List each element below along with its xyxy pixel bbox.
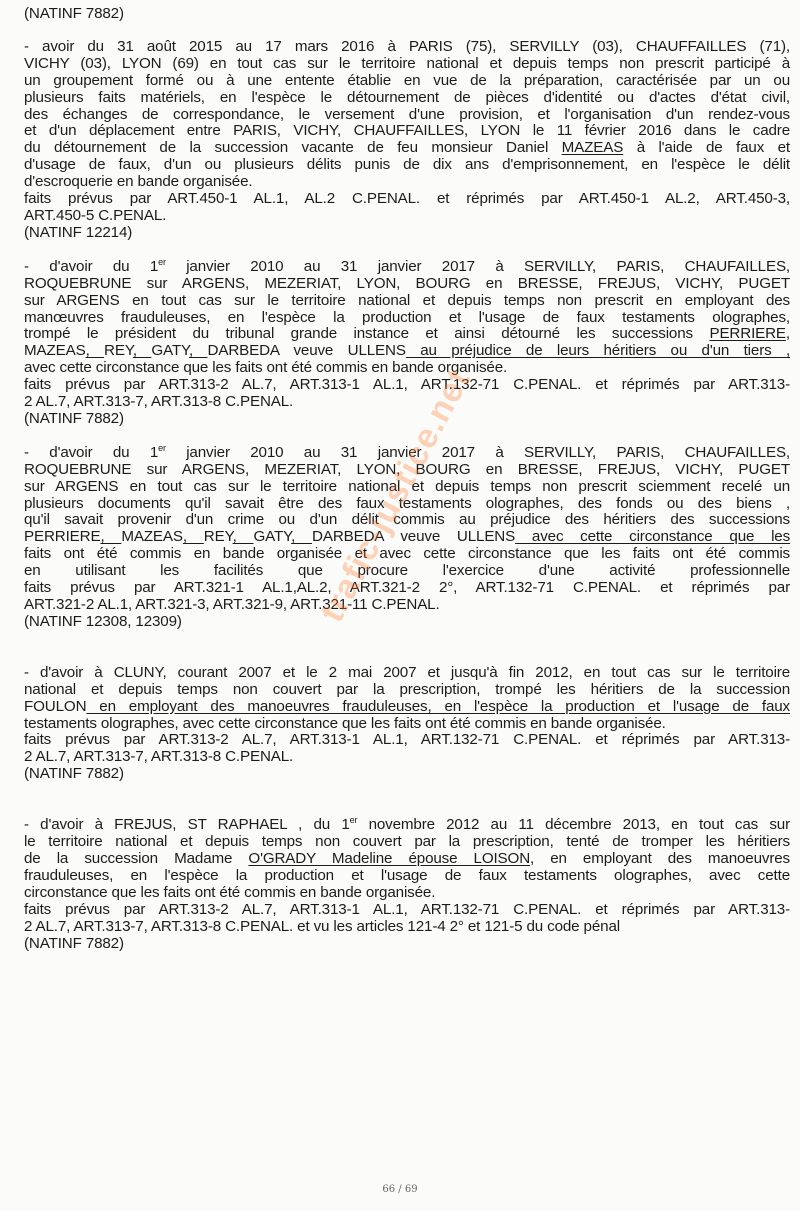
text-segment: qu'il savait provenir d'un crime ou d'un… xyxy=(24,511,790,528)
text-segment: ROQUEBRUNE sur ARGENS, MEZERIAT, LYON, B… xyxy=(24,461,790,478)
text-line: frauduleuses, en l'espèce la production … xyxy=(24,868,790,885)
text-line: PERRIERE, MAZEAS, REY, GATY, DARBEDA veu… xyxy=(24,529,790,546)
text-segment: ROQUEBRUNE sur ARGENS, MEZERIAT, LYON, B… xyxy=(24,275,790,292)
natinf-reference: (NATINF 12214) xyxy=(24,225,790,242)
text-segment: du détournement de la succession vacante… xyxy=(24,139,562,156)
text-segment: un groupement formé ou à une entente éta… xyxy=(24,72,790,89)
underlined-name: PERRIERE xyxy=(709,325,785,342)
text-line: ART.450-5 C.PENAL. xyxy=(24,208,790,225)
text-segment: GATY xyxy=(253,528,291,545)
text-segment: ART.450-5 C.PENAL. xyxy=(24,207,166,224)
text-segment: plusieurs faits matériels, en l'espèce l… xyxy=(24,89,790,106)
text-segment: - d'avoir du 1er janvier 2010 au 31 janv… xyxy=(24,258,790,275)
text-segment: à l'aide de faux et xyxy=(623,139,790,156)
charge-paragraph: - d'avoir à CLUNY, courant 2007 et le 2 … xyxy=(24,665,790,783)
text-segment: avec cette circonstance que les faits on… xyxy=(24,359,507,376)
natinf-reference: (NATINF 7882) xyxy=(24,6,790,23)
text-segment: trompé le président du tribunal grande i… xyxy=(24,325,709,342)
text-line: des échanges de correspondance, le verse… xyxy=(24,107,790,124)
text-line: plusieurs faits matériels, en l'espèce l… xyxy=(24,90,790,107)
underlined-name: , xyxy=(86,342,104,359)
text-line: testaments olographes, avec cette circon… xyxy=(24,716,790,733)
text-segment: VICHY (03), LYON (69) en tout cas sur le… xyxy=(24,55,790,72)
text-line: de la succession Madame O'GRADY Madeline… xyxy=(24,851,790,868)
text-segment: MAZEAS xyxy=(24,342,86,359)
text-segment: - d'avoir à FREJUS, ST RAPHAEL , du 1er … xyxy=(24,816,790,833)
text-segment: DARBEDA veuve ULLENS xyxy=(208,342,406,359)
text-line: qu'il savait provenir d'un crime ou d'un… xyxy=(24,512,790,529)
text-segment: ART.321-2 AL.1, ART.321-3, ART.321-9, AR… xyxy=(24,596,440,613)
document-page: (NATINF 7882) - avoir du 31 août 2015 au… xyxy=(24,6,790,952)
text-line: faits ont été commis en bande organisée … xyxy=(24,546,790,563)
text-segment: REY xyxy=(204,528,233,545)
text-segment: 2 AL.7, ART.313-7, ART.313-8 C.PENAL. et… xyxy=(24,918,620,935)
text-line: manœuvres frauduleuses, en l'espèce la p… xyxy=(24,310,790,327)
text-line: faits prévus par ART.313-2 AL.7, ART.313… xyxy=(24,732,790,749)
text-line: plusieurs documents qu'il savait être de… xyxy=(24,496,790,513)
text-line: avec cette circonstance que les faits on… xyxy=(24,360,790,377)
text-segment: de la succession Madame xyxy=(24,850,248,867)
text-segment: circonstance que les faits ont été commi… xyxy=(24,884,435,901)
text-segment: 2 AL.7, ART.313-7, ART.313-8 C.PENAL. xyxy=(24,748,293,765)
text-segment: - d'avoir à CLUNY, courant 2007 et le 2 … xyxy=(24,664,790,681)
underlined-name: en employant des manoeuvres frauduleuses… xyxy=(86,698,790,715)
text-segment: faits prévus par ART.313-2 AL.7, ART.313… xyxy=(24,376,790,393)
text-line: - avoir du 31 août 2015 au 17 mars 2016 … xyxy=(24,39,790,56)
text-line: ART.321-2 AL.1, ART.321-3, ART.321-9, AR… xyxy=(24,597,790,614)
text-line: du détournement de la succession vacante… xyxy=(24,140,790,157)
text-segment: , xyxy=(786,325,790,342)
text-line: - d'avoir du 1er janvier 2010 au 31 janv… xyxy=(24,445,790,462)
text-line: 2 AL.7, ART.313-7, ART.313-8 C.PENAL. xyxy=(24,394,790,411)
text-segment: PERRIERE xyxy=(24,528,100,545)
text-segment: testaments olographes, avec cette circon… xyxy=(24,715,666,732)
text-segment: sur ARGENS en tout cas sur le territoire… xyxy=(24,292,790,309)
underlined-name: , xyxy=(183,528,204,545)
text-segment: , en employant des manoeuvres xyxy=(530,850,790,867)
text-line: et d'un déplacement entre PARIS, VICHY, … xyxy=(24,123,790,140)
text-line: ROQUEBRUNE sur ARGENS, MEZERIAT, LYON, B… xyxy=(24,462,790,479)
underlined-name: , xyxy=(233,528,254,545)
text-segment: manœuvres frauduleuses, en l'espèce la p… xyxy=(24,309,790,326)
text-line: faits prévus par ART.313-2 AL.7, ART.313… xyxy=(24,902,790,919)
text-line: national et depuis temps non couvert par… xyxy=(24,682,790,699)
charge-paragraph: - avoir du 31 août 2015 au 17 mars 2016 … xyxy=(24,39,790,242)
text-line: - d'avoir du 1er janvier 2010 au 31 janv… xyxy=(24,259,790,276)
text-segment: sur ARGENS en tout cas sur le territoire… xyxy=(24,478,790,495)
text-line: ROQUEBRUNE sur ARGENS, MEZERIAT, LYON, B… xyxy=(24,276,790,293)
text-segment: frauduleuses, en l'espèce la production … xyxy=(24,867,790,884)
text-line: en utilisant les facilités que procure l… xyxy=(24,563,790,580)
text-line: - d'avoir à FREJUS, ST RAPHAEL , du 1er … xyxy=(24,817,790,834)
text-line: 2 AL.7, ART.313-7, ART.313-8 C.PENAL. et… xyxy=(24,919,790,936)
text-line: - d'avoir à CLUNY, courant 2007 et le 2 … xyxy=(24,665,790,682)
charge-paragraph: - d'avoir à FREJUS, ST RAPHAEL , du 1er … xyxy=(24,817,790,952)
natinf-reference: (NATINF 7882) xyxy=(24,936,790,953)
charge-paragraph: - d'avoir du 1er janvier 2010 au 31 janv… xyxy=(24,445,790,631)
text-line: d'usage de faux, d'un ou plusieurs délit… xyxy=(24,157,790,174)
underlined-name: , xyxy=(100,528,121,545)
text-line: MAZEAS, REY, GATY, DARBEDA veuve ULLENS … xyxy=(24,343,790,360)
text-segment: d'escroquerie en bande organisée. xyxy=(24,173,252,190)
text-segment: le territoire national et depuis temps n… xyxy=(24,833,790,850)
text-segment: d'usage de faux, d'un ou plusieurs délit… xyxy=(24,156,790,173)
text-segment: national et depuis temps non couvert par… xyxy=(24,681,790,698)
text-line: 2 AL.7, ART.313-7, ART.313-8 C.PENAL. xyxy=(24,749,790,766)
text-line: VICHY (03), LYON (69) en tout cas sur le… xyxy=(24,56,790,73)
text-segment: plusieurs documents qu'il savait être de… xyxy=(24,495,790,512)
text-line: faits prévus par ART.450-1 AL.1, AL.2 C.… xyxy=(24,191,790,208)
text-segment: faits prévus par ART.450-1 AL.1, AL.2 C.… xyxy=(24,190,790,207)
page-number: 66 / 69 xyxy=(0,1184,800,1195)
underlined-name: , xyxy=(189,342,207,359)
underlined-name: au préjudice de leurs héritiers ou d'un … xyxy=(406,342,790,359)
text-segment: faits prévus par ART.313-2 AL.7, ART.313… xyxy=(24,731,790,748)
text-segment: DARBEDA veuve ULLENS xyxy=(312,528,515,545)
text-line: sur ARGENS en tout cas sur le territoire… xyxy=(24,479,790,496)
text-segment: des échanges de correspondance, le verse… xyxy=(24,106,790,123)
natinf-reference: (NATINF 12308, 12309) xyxy=(24,614,790,631)
text-segment: GATY xyxy=(151,342,189,359)
natinf-reference: (NATINF 7882) xyxy=(24,766,790,783)
underlined-name: MAZEAS xyxy=(562,139,624,156)
underlined-name: O'GRADY Madeline épouse LOISON xyxy=(248,850,530,867)
text-segment: faits prévus par ART.321-1 AL.1,AL.2, AR… xyxy=(24,579,790,596)
text-line: faits prévus par ART.313-2 AL.7, ART.313… xyxy=(24,377,790,394)
text-segment: en utilisant les facilités que procure l… xyxy=(24,562,790,579)
text-line: FOULON en employant des manoeuvres fraud… xyxy=(24,699,790,716)
text-segment: - d'avoir du 1er janvier 2010 au 31 janv… xyxy=(24,444,790,461)
text-segment: 2 AL.7, ART.313-7, ART.313-8 C.PENAL. xyxy=(24,393,293,410)
text-segment: FOULON xyxy=(24,698,86,715)
text-line: sur ARGENS en tout cas sur le territoire… xyxy=(24,293,790,310)
text-line: d'escroquerie en bande organisée. xyxy=(24,174,790,191)
underlined-name: avec cette circonstance que les xyxy=(515,528,790,545)
text-line: un groupement formé ou à une entente éta… xyxy=(24,73,790,90)
text-line: faits prévus par ART.321-1 AL.1,AL.2, AR… xyxy=(24,580,790,597)
text-segment: faits ont été commis en bande organisée … xyxy=(24,545,790,562)
text-segment: - avoir du 31 août 2015 au 17 mars 2016 … xyxy=(24,38,790,55)
underlined-name: , xyxy=(133,342,151,359)
text-segment: REY xyxy=(104,342,133,359)
text-segment: MAZEAS xyxy=(121,528,183,545)
text-segment: et d'un déplacement entre PARIS, VICHY, … xyxy=(24,122,790,139)
underlined-name: , xyxy=(291,528,312,545)
text-segment: faits prévus par ART.313-2 AL.7, ART.313… xyxy=(24,901,790,918)
charge-paragraph: - d'avoir du 1er janvier 2010 au 31 janv… xyxy=(24,259,790,428)
natinf-reference: (NATINF 7882) xyxy=(24,411,790,428)
text-line: circonstance que les faits ont été commi… xyxy=(24,885,790,902)
text-line: trompé le président du tribunal grande i… xyxy=(24,326,790,343)
text-line: le territoire national et depuis temps n… xyxy=(24,834,790,851)
